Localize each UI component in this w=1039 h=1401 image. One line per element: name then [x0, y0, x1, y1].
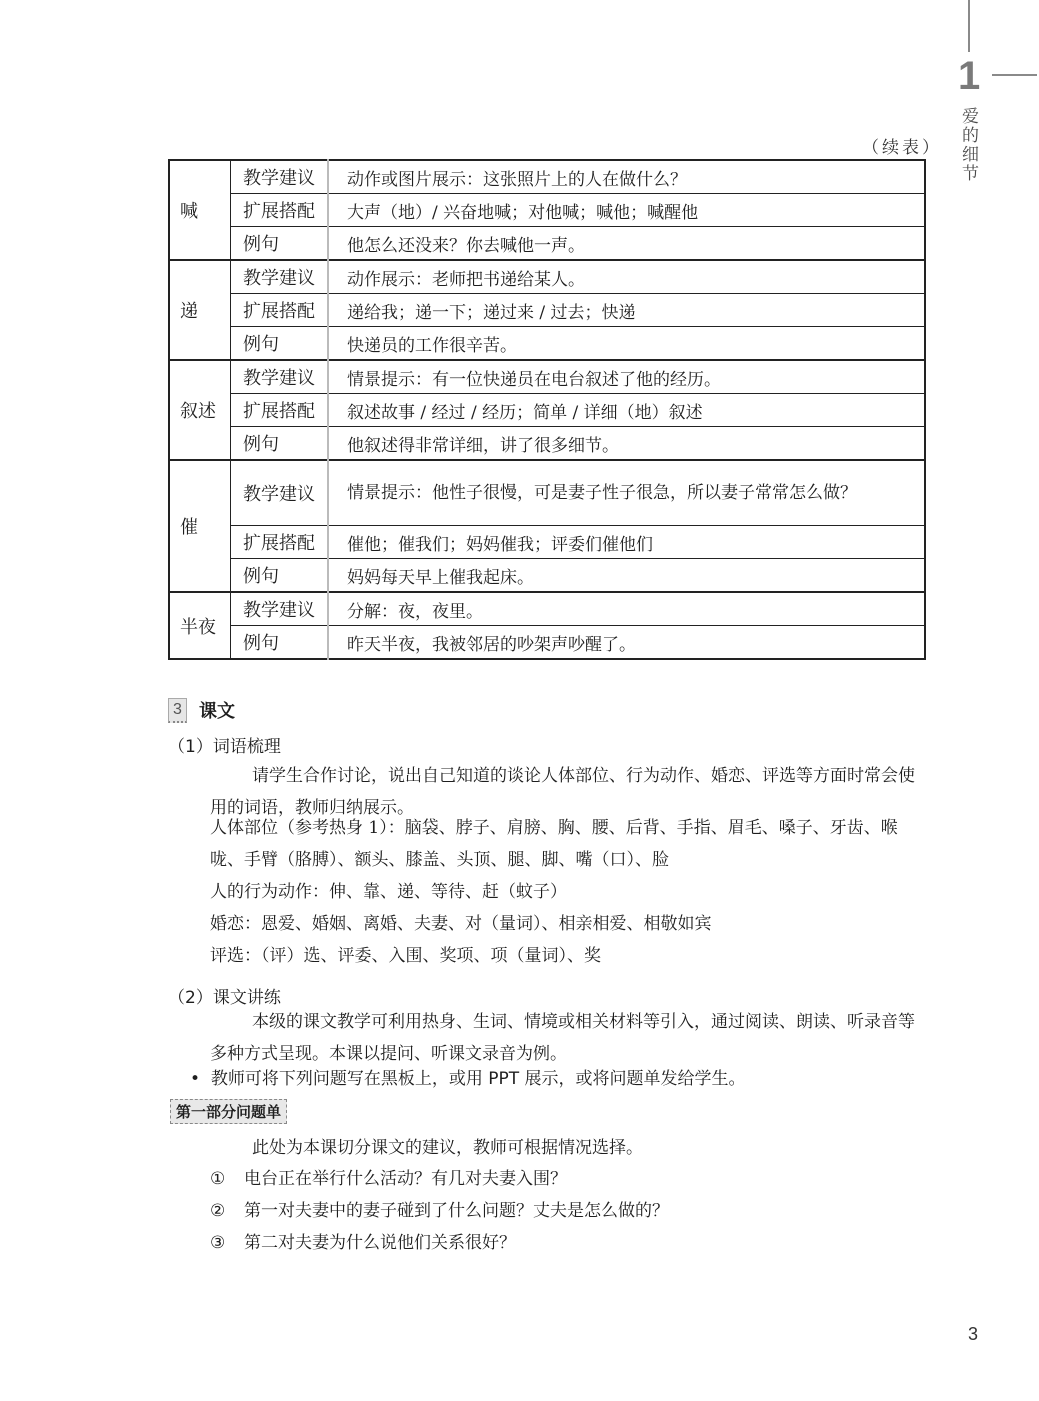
marriage-list: 婚恋：恩爱、婚姻、离婚、夫妻、对（量词）、相亲相爱、相敬如宾 — [210, 909, 712, 934]
question-number: ② — [210, 1201, 244, 1221]
row-type: 例句 — [231, 559, 329, 593]
question-sheet-label: 第一部分问题单 — [170, 1099, 287, 1124]
vocab-word: 递 — [169, 260, 231, 360]
question-number: ① — [210, 1169, 244, 1189]
subsection-heading: （2）课文讲练 — [168, 983, 281, 1008]
chapter-divider-line — [968, 0, 970, 52]
row-type: 扩展搭配 — [231, 394, 329, 427]
subsection-heading: （1）词语梳理 — [168, 732, 281, 757]
row-content: 情景提示：他性子很慢，可是妻子性子很急，所以妻子常常怎么做？ — [328, 460, 925, 526]
selection-list: 评选：（评）选、评委、入围、奖项、项（量词）、奖 — [210, 941, 601, 966]
paragraph: 本级的课文教学可利用热身、生词、情境或相关材料等引入，通过阅读、朗读、听录音等多… — [210, 1006, 930, 1070]
row-type: 教学建议 — [231, 160, 329, 194]
row-content: 他叙述得非常详细，讲了很多细节。 — [328, 427, 925, 461]
question-sheet-note: 此处为本课切分课文的建议，教师可根据情况选择。 — [252, 1133, 643, 1158]
row-type: 教学建议 — [231, 260, 329, 294]
table-row: 例句 昨天半夜，我被邻居的吵架声吵醒了。 — [169, 626, 925, 660]
chapter-title: 爱的细节 — [962, 108, 982, 184]
row-content: 昨天半夜，我被邻居的吵架声吵醒了。 — [328, 626, 925, 660]
row-content: 递给我；递一下；递过来 / 过去；快递 — [328, 294, 925, 327]
row-content: 情景提示：有一位快递员在电台叙述了他的经历。 — [328, 360, 925, 394]
section-heading: 3 课文 — [168, 697, 235, 723]
table-row: 扩展搭配 大声（地）/ 兴奋地喊；对他喊；喊他；喊醒他 — [169, 194, 925, 227]
row-type: 例句 — [231, 327, 329, 361]
table-row: 催 教学建议 情景提示：他性子很慢，可是妻子性子很急，所以妻子常常怎么做？ — [169, 460, 925, 526]
page-number: 3 — [968, 1324, 978, 1345]
actions-list: 人的行为动作：伸、靠、递、等待、赶（蚊子） — [210, 877, 567, 902]
row-type: 例句 — [231, 427, 329, 461]
table-row: 扩展搭配 叙述故事 / 经过 / 经历；简单 / 详细（地）叙述 — [169, 394, 925, 427]
row-type: 扩展搭配 — [231, 194, 329, 227]
bullet-item: • 教师可将下列问题写在黑板上，或用 PPT 展示，或将问题单发给学生。 — [190, 1064, 746, 1089]
table-row: 喊 教学建议 动作或图片展示：这张照片上的人在做什么？ — [169, 160, 925, 194]
table-row: 叙述 教学建议 情景提示：有一位快递员在电台叙述了他的经历。 — [169, 360, 925, 394]
section-title: 课文 — [199, 697, 235, 723]
bullet-icon: • — [190, 1069, 211, 1089]
row-content: 动作或图片展示：这张照片上的人在做什么？ — [328, 160, 925, 194]
row-content: 叙述故事 / 经过 / 经历；简单 / 详细（地）叙述 — [328, 394, 925, 427]
row-content: 快递员的工作很辛苦。 — [328, 327, 925, 361]
vocab-word: 半夜 — [169, 592, 231, 659]
chapter-divider-line — [992, 74, 1037, 76]
question-item: ①电台正在举行什么活动？有几对夫妻入围？ — [210, 1164, 567, 1189]
question-text: 第一对夫妻中的妻子碰到了什么问题？丈夫是怎么做的？ — [244, 1201, 669, 1221]
row-type: 扩展搭配 — [231, 526, 329, 559]
row-content: 妈妈每天早上催我起床。 — [328, 559, 925, 593]
table-row: 半夜 教学建议 分解：夜，夜里。 — [169, 592, 925, 626]
vocabulary-table: 喊 教学建议 动作或图片展示：这张照片上的人在做什么？ 扩展搭配 大声（地）/ … — [168, 159, 926, 660]
table-row: 例句 他怎么还没来？你去喊他一声。 — [169, 227, 925, 261]
row-content: 动作展示：老师把书递给某人。 — [328, 260, 925, 294]
table-row: 例句 他叙述得非常详细，讲了很多细节。 — [169, 427, 925, 461]
row-type: 教学建议 — [231, 460, 329, 526]
row-content: 大声（地）/ 兴奋地喊；对他喊；喊他；喊醒他 — [328, 194, 925, 227]
table-continued-label: （续表） — [862, 133, 942, 158]
vocab-word: 催 — [169, 460, 231, 592]
row-type: 例句 — [231, 626, 329, 660]
chapter-number: 1 — [958, 52, 980, 100]
section-number-badge: 3 — [168, 698, 187, 723]
table-row: 递 教学建议 动作展示：老师把书递给某人。 — [169, 260, 925, 294]
row-content: 他怎么还没来？你去喊他一声。 — [328, 227, 925, 261]
bullet-text: 教师可将下列问题写在黑板上，或用 PPT 展示，或将问题单发给学生。 — [211, 1069, 746, 1089]
row-type: 教学建议 — [231, 360, 329, 394]
row-content: 分解：夜，夜里。 — [328, 592, 925, 626]
table-row: 扩展搭配 催他；催我们；妈妈催我；评委们催他们 — [169, 526, 925, 559]
body-parts-list: 人体部位（参考热身 1）：脑袋、脖子、肩膀、胸、腰、后背、手指、眉毛、嗓子、牙齿… — [210, 812, 930, 876]
question-text: 电台正在举行什么活动？有几对夫妻入围？ — [244, 1169, 567, 1189]
row-content: 催他；催我们；妈妈催我；评委们催他们 — [328, 526, 925, 559]
table-row: 例句 妈妈每天早上催我起床。 — [169, 559, 925, 593]
row-type: 扩展搭配 — [231, 294, 329, 327]
question-item: ③第二对夫妻为什么说他们关系很好？ — [210, 1228, 516, 1253]
table-row: 例句 快递员的工作很辛苦。 — [169, 327, 925, 361]
question-number: ③ — [210, 1233, 244, 1253]
question-item: ②第一对夫妻中的妻子碰到了什么问题？丈夫是怎么做的？ — [210, 1196, 669, 1221]
vocab-word: 叙述 — [169, 360, 231, 460]
question-text: 第二对夫妻为什么说他们关系很好？ — [244, 1233, 516, 1253]
table-row: 扩展搭配 递给我；递一下；递过来 / 过去；快递 — [169, 294, 925, 327]
row-type: 例句 — [231, 227, 329, 261]
vocab-word: 喊 — [169, 160, 231, 260]
row-type: 教学建议 — [231, 592, 329, 626]
